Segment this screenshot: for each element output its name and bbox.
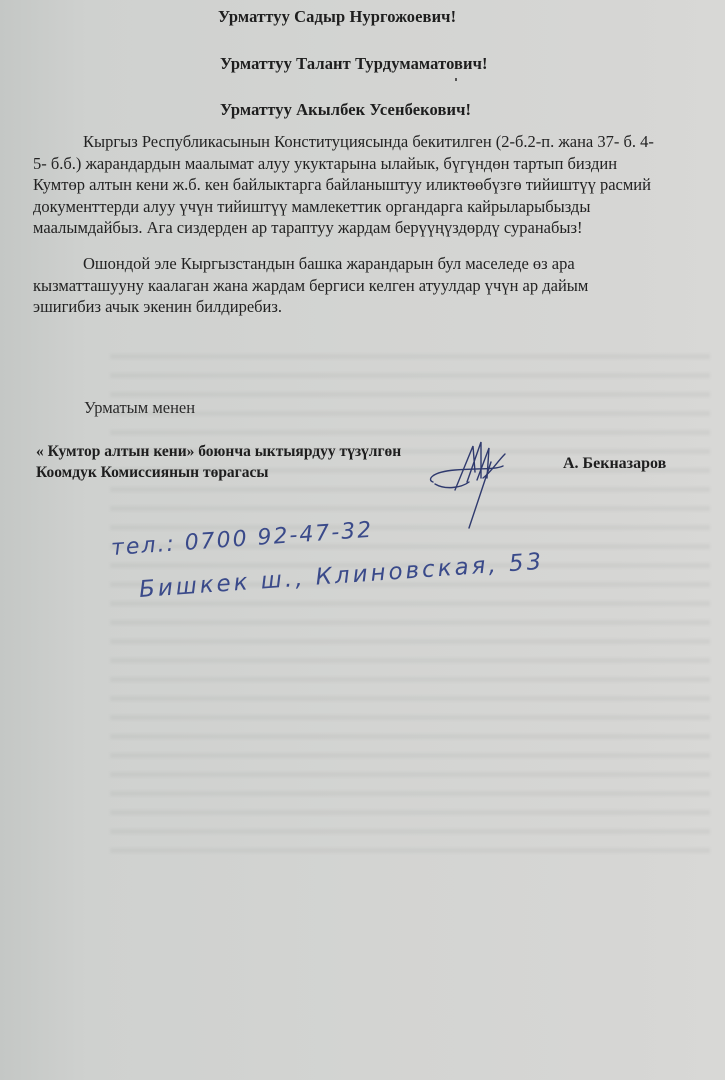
paragraph-1: Кыргыз Республикасынын Конституциясында …: [33, 131, 654, 239]
paragraph-1-line: Кыргыз Республикасынын Конституциясында …: [33, 131, 654, 153]
greeting-3: Урматтуу Акылбек Усенбекович!: [220, 100, 471, 120]
greeting-2: Урматтуу Талант Турдумаматович!: [220, 54, 488, 74]
signatory-title-line: Коомдук Комиссиянын төрагасы: [36, 462, 401, 483]
paragraph-2: Ошондой эле Кыргызстандын башка жарандар…: [33, 253, 588, 318]
paragraph-1-line: документтерди алуу үчүн тийиштүү мамлеке…: [33, 196, 654, 218]
signatory-title: « Кумтор алтын кени» боюнча ыктыярдуу тү…: [36, 441, 401, 483]
signatory-title-line: « Кумтор алтын кени» боюнча ыктыярдуу тү…: [36, 441, 401, 462]
letter-page: Урматтуу Садыр Нургожоевич! Урматтуу Тал…: [0, 0, 725, 1080]
paragraph-1-line: 5- б.б.) жарандардын маалымат алуу укукт…: [33, 153, 654, 175]
stray-mark: [455, 78, 457, 81]
reverse-side-show-through: [110, 340, 710, 860]
paragraph-1-line: маалымдайбыз. Ага сиздерден ар тараптуу …: [33, 217, 654, 239]
signature-icon: [425, 432, 525, 532]
signatory-name: А. Бекназаров: [563, 455, 666, 473]
greeting-1: Урматтуу Садыр Нургожоевич!: [218, 7, 456, 27]
closing-phrase: Урматым менен: [84, 398, 195, 418]
paragraph-2-line: Ошондой эле Кыргызстандын башка жарандар…: [33, 253, 588, 275]
paragraph-2-line: эшигибиз ачык экенин билдиребиз.: [33, 296, 588, 318]
paragraph-2-line: кызматташууну каалаган жана жардам берги…: [33, 275, 588, 297]
paragraph-1-line: Кумтөр алтын кени ж.б. кен байлыктарга б…: [33, 174, 654, 196]
